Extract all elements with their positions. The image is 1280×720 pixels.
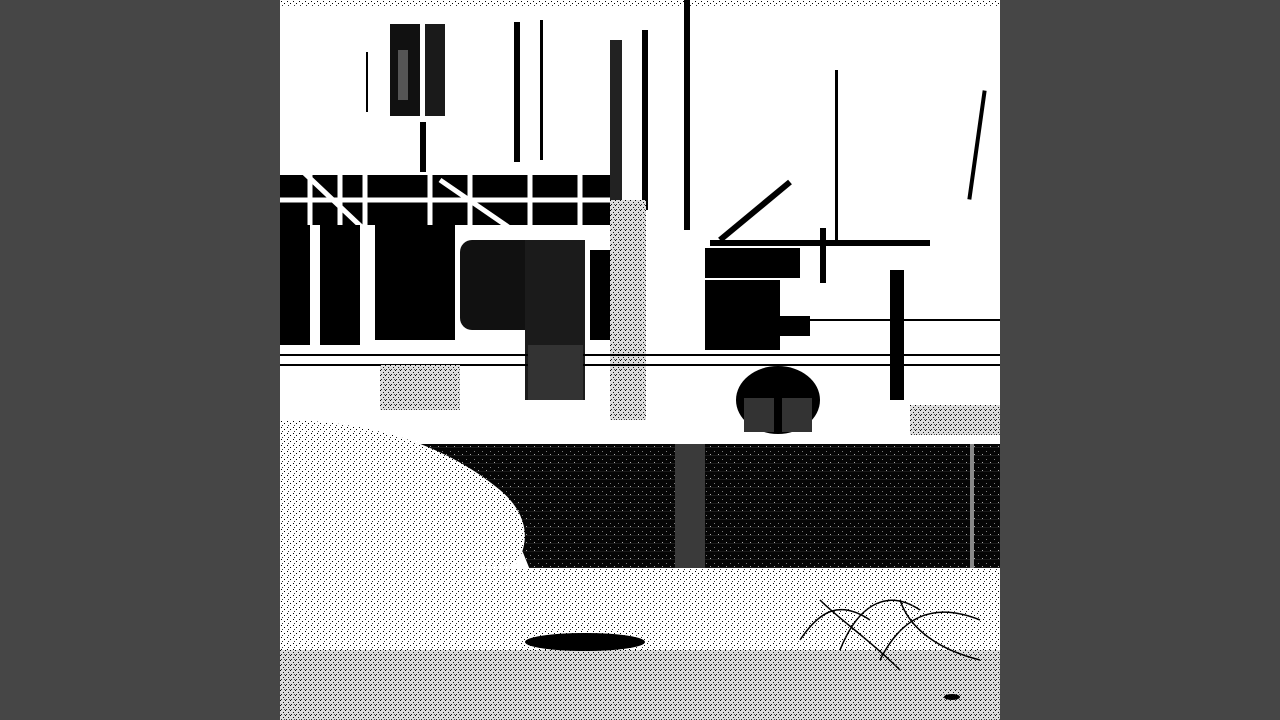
album-artwork	[280, 0, 1000, 720]
dock-scene-image	[280, 0, 1000, 720]
video-frame	[0, 0, 1280, 720]
